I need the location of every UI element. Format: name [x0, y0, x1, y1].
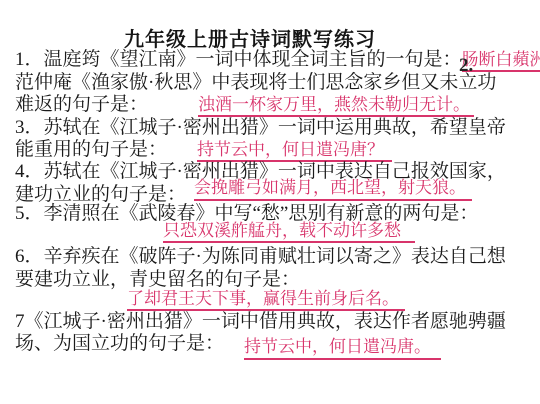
question-6-answer: 了却君王天下事，赢得生前身后名。: [127, 289, 405, 311]
question-6-answer-line: 了却君王天下事，赢得生前身后名。: [127, 288, 405, 309]
question-7-text-1: 7《江城子·密州出猎》一词中借用典故，表达作者愿驰骋疆: [15, 311, 506, 332]
question-2-line-1: 范仲庵《渔家傲·秋思》中表现将士们思念家乡但又未立功: [15, 72, 496, 93]
question-6-text-2: 要建功立业，青史留名的句子是：: [15, 269, 300, 290]
question-1-text: 1．温庭筠《望江南》一词中体现全词主旨的一句是：: [15, 49, 462, 70]
question-7-line-2: 场、为国立功的句子是：持节云中，何日遣冯唐。: [15, 333, 441, 357]
question-7-line-1: 7《江城子·密州出猎》一词中借用典故，表达作者愿驰骋疆: [15, 311, 506, 332]
question-1-answer: 肠断白蘋洲: [462, 50, 540, 72]
question-7-answer: 持节云中，何日遣冯唐。: [244, 336, 441, 360]
question-2-text-1: 范仲庵《渔家傲·秋思》中表现将士们思念家乡但又未立功: [15, 72, 496, 93]
question-2-text-2: 难返的句子是：: [15, 94, 148, 115]
question-3-text-1: 3．苏轼在《江城子·密州出猎》一词中运用典故，希望皇帝: [15, 117, 506, 138]
question-6-line-1: 6．辛弃疾在《破阵子·为陈同甫赋壮词以寄之》表达自己想: [15, 246, 506, 267]
question-3-line-2: 能重用的句子是：持节云中，何日遣冯唐？: [15, 139, 392, 160]
question-4-text-2: 建功立业的句子是：: [15, 184, 186, 205]
page-title: 九年级上册古诗词默写练习: [0, 23, 500, 52]
worksheet-slide: 九年级上册古诗词默写练习 1．温庭筠《望江南》一词中体现全词主旨的一句是：肠断白…: [0, 0, 540, 404]
question-3-line-1: 3．苏轼在《江城子·密州出猎》一词中运用典故，希望皇帝: [15, 117, 506, 138]
question-2-line-2: 难返的句子是：浊酒一杯家万里，燕然未勒归无计。: [15, 94, 474, 115]
question-4-answer: 会挽雕弓如满月，西北望，射天狼。: [194, 177, 472, 201]
question-2-answer: 浊酒一杯家万里，燕然未勒归无计。: [198, 95, 474, 117]
question-5-answer: 只恐双溪舴艋舟，载不动许多愁: [163, 221, 415, 243]
question-3-text-2: 能重用的句子是：: [15, 139, 167, 160]
question-7-text-2: 场、为国立功的句子是：: [15, 333, 224, 354]
question-3-answer: 持节云中，何日遣冯唐？: [197, 140, 392, 162]
question-5-answer-line: 只恐双溪舴艋舟，载不动许多愁: [163, 220, 415, 241]
question-6-text-1: 6．辛弃疾在《破阵子·为陈同甫赋壮词以寄之》表达自己想: [15, 246, 506, 267]
question-6-line-2: 要建功立业，青史留名的句子是：: [15, 269, 300, 290]
